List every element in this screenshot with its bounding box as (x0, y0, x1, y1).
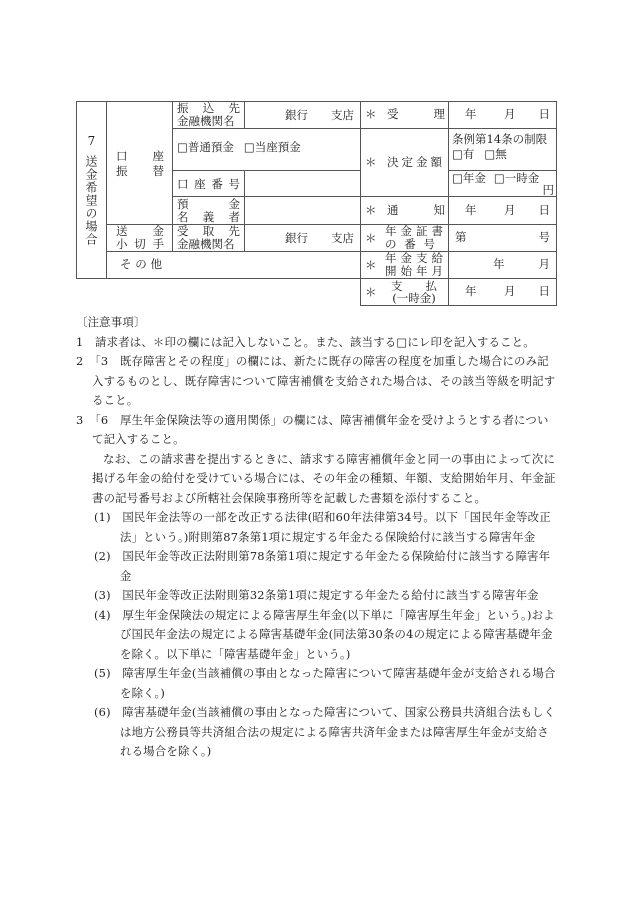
checkbox-current-deposit[interactable]: □当座預金 (244, 141, 301, 157)
col-line (106, 101, 107, 279)
branch-suffix: 支店 (331, 109, 354, 122)
col-line (556, 101, 557, 306)
pension-certificate-number[interactable]: 第 号 (449, 231, 556, 247)
pension-certificate-label: ＊ 年金証書 の番号 (365, 225, 445, 251)
notice-label: ＊ 通 知 (365, 204, 445, 220)
pension-start-label: ＊ 年金支給 開始年月 (365, 252, 445, 278)
account-holder-field[interactable] (245, 197, 360, 224)
account-holder-label: 預金 名義者 (177, 197, 240, 224)
checkbox-restriction-no[interactable]: □無 (484, 147, 506, 162)
bank-suffix: 銀行 (285, 232, 308, 245)
deposit-type-options[interactable]: □普通預金 □当座預金 (177, 141, 357, 157)
other-label: その他 (120, 258, 162, 274)
checkbox-pension[interactable]: □年金 (452, 172, 486, 184)
bank-suffix: 銀行 (285, 109, 308, 122)
note-sub-item-2: (2) 国民年金等改正法附則第78条第1項に規定する年金たる保険給付に該当する障… (76, 547, 556, 586)
row-line (172, 128, 360, 129)
checkbox-ordinary-deposit[interactable]: □普通預金 (177, 141, 234, 157)
note-item-3: 3 「6 厚生年金保険法等の適用関係」の欄には、障害補償年金を受けようとする者に… (76, 411, 556, 450)
receipt-label: ＊ 受 理 (365, 108, 445, 124)
receiving-bank-label: 受取先 金融機関名 (177, 225, 240, 251)
other-field[interactable] (173, 252, 360, 278)
branch-suffix: 支店 (331, 232, 354, 245)
pension-start-date[interactable]: 年 月 (449, 258, 556, 274)
note-sub-item-3: (3) 国民年金等改正法附則第32条第1項に規定する年金たる給付に該当する障害年… (76, 586, 556, 606)
receiving-bank-field[interactable]: 銀行 支店 (245, 225, 360, 251)
notes-heading: 〔注意事項〕 (76, 313, 556, 333)
note-sub-item-6: (6) 障害基礎年金(当該補償の事由となった障害について、国家公務員共済組合法も… (76, 703, 556, 762)
note-paragraph: なお、この請求書を提出するときに、請求する障害補償年金と同一の事由によって次に掲… (76, 450, 556, 509)
notes-section: 〔注意事項〕 1 請求者は、＊印の欄には記入しないこと。また、該当する□にレ印を… (76, 313, 556, 762)
row-line (360, 196, 556, 197)
checkbox-restriction-yes[interactable]: □有 (452, 147, 474, 162)
account-number-field[interactable] (245, 171, 360, 196)
payment-date[interactable]: 年 月 日 (449, 285, 556, 301)
lump-sum-payment-label: ＊ 支払 (一時金) (365, 279, 445, 305)
transfer-bank-field[interactable]: 銀行 支店 (245, 102, 360, 128)
account-number-label: 口座番号 (177, 178, 240, 194)
decided-amount-label: ＊ 決定金額 (365, 156, 445, 172)
section-number: 7 (77, 129, 106, 153)
table-border-bottom-right (360, 305, 556, 306)
notice-date[interactable]: 年 月 日 (449, 204, 556, 220)
transfer-bank-label: 振込先 金融機関名 (177, 102, 240, 128)
col-line (360, 101, 361, 306)
remittance-check-label: 送金 小切手 (116, 225, 164, 251)
receipt-date[interactable]: 年 月 日 (449, 108, 556, 124)
note-sub-item-5: (5) 障害厚生年金(当該補償の事由となった障害について障害基礎年金が支給される… (76, 664, 556, 703)
note-sub-item-1: (1) 国民年金法等の一部を改正する法律(昭和60年法律第34号。以下「国民年金… (76, 508, 556, 547)
row-line (360, 128, 556, 129)
section-title: 送金希望の場合 (83, 155, 101, 255)
checkbox-lump-sum[interactable]: □一時金 (494, 172, 539, 184)
note-item-1: 1 請求者は、＊印の欄には記入しないこと。また、該当する□にレ印を記入すること。 (76, 333, 556, 353)
table-border-bottom-left (76, 278, 360, 279)
note-sub-item-4: (4) 厚生年金保険法の規定による障害厚生年金(以下単に「障害厚生年金」という。… (76, 606, 556, 665)
yen-unit: 円 (452, 184, 554, 196)
restriction-options[interactable]: 条例第14条の制限 □有□無 (452, 132, 556, 168)
account-transfer-label: 口座 振替 (116, 149, 164, 179)
col-line (76, 101, 77, 279)
note-item-2: 2 「3 既存障害とその程度」の欄には、新たに既存の障害の程度を加重した場合にの… (76, 352, 556, 411)
col-line (172, 101, 173, 251)
payment-type-options[interactable]: □年金□一時金 円 (452, 172, 554, 196)
